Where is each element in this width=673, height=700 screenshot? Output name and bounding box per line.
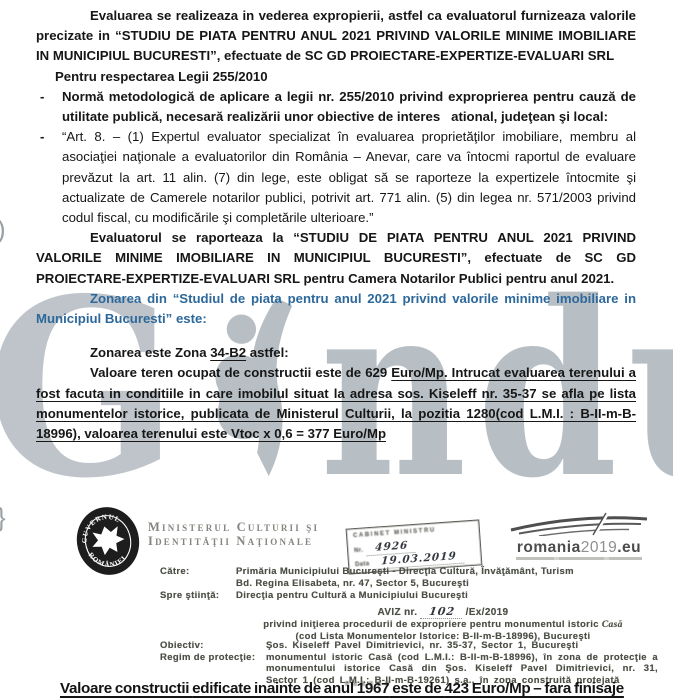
bullet2-text: “Art. 8. – (1) Expertul evaluator specia… bbox=[62, 129, 636, 225]
bottom-valoare-line: Valoare constructii edificate inainte de… bbox=[60, 683, 624, 695]
romania2019-text: romania2019.eu bbox=[506, 540, 652, 555]
government-seal-icon: GUVERNUL ROMÂNIEI bbox=[68, 499, 147, 582]
stamp-nr-label: Nr. bbox=[354, 545, 364, 557]
catre-label: Către: bbox=[160, 566, 236, 589]
bullet-dash-icon: - bbox=[40, 87, 44, 107]
bottom-text2: este de bbox=[389, 680, 444, 697]
catre-line1: Primăria Municipiului Bucureşti - Direcţ… bbox=[236, 566, 673, 578]
romania2019-logo: romania2019.eu bbox=[506, 512, 652, 560]
p2-camera-notarilor: Camera Notarilor Publici pentru anul 202… bbox=[348, 271, 610, 286]
aviz-number-handwritten: 102 bbox=[420, 606, 464, 619]
bullet-norma-metodologica: -Normă metodologică de aplicare a legii … bbox=[36, 87, 636, 127]
p1-company: SC GD PROIECTARE-EXPERTIZE-EVALUARI SRL bbox=[305, 48, 614, 63]
bottom-text1: Valoare constructii bbox=[60, 680, 192, 697]
line-zona-34b2: Zonarea este Zona 34-B2 astfel: bbox=[36, 343, 636, 363]
logo-tagline-strip bbox=[516, 557, 642, 560]
ministry-line2: Identităţii Naţionale bbox=[148, 534, 319, 548]
p2-text3: pentru bbox=[300, 271, 348, 286]
logo-year: 2019 bbox=[581, 539, 617, 556]
p3-text2: este: bbox=[172, 311, 206, 326]
paragraph-zonare-blue: Zonarea din “Studiul de piata pentru anu… bbox=[36, 289, 636, 329]
bullet-art8: -“Art. 8. – (1) Expertul evaluator speci… bbox=[36, 127, 636, 228]
aviz-title-line: AVIZ nr. 102 /Ex/2019 bbox=[228, 606, 658, 619]
p2-period: . bbox=[611, 271, 615, 286]
p1-text2: , efectuate de bbox=[217, 48, 305, 63]
spre-stiinta-label: Spre ştiinţă: bbox=[160, 590, 236, 602]
aviz-label: AVIZ nr. bbox=[378, 607, 418, 618]
aviz-header: AVIZ nr. 102 /Ex/2019 privind iniţierea … bbox=[228, 606, 658, 643]
obiectiv-label: Obiectiv: bbox=[160, 640, 266, 652]
bottom-value-423: 423 Euro/Mp – fara finisaje bbox=[444, 680, 624, 697]
aviz-subject-line: privind iniţierea procedurii de expropri… bbox=[228, 619, 658, 632]
p3-text: Zonarea din bbox=[90, 291, 173, 306]
ministry-name: Ministerul Culturii şi Identităţii Naţio… bbox=[148, 520, 319, 548]
paragraph-evaluator: Evaluatorul se raporteaza la “STUDIU DE … bbox=[36, 228, 636, 289]
bottom-edificate: edificate inainte de anul 1967 bbox=[192, 680, 389, 697]
p2-text: Evaluatorul se raporteaza la bbox=[90, 230, 293, 245]
paragraph-evaluation: Evaluarea se realizeaza in vederea expro… bbox=[36, 6, 636, 67]
p4-text2: astfel: bbox=[246, 345, 289, 360]
aviz-subject-casa: Casă bbox=[602, 620, 623, 630]
bullet-dash-icon: - bbox=[40, 127, 44, 147]
obiectiv-value: Şos. Kiseleff Pavel Dimitrievici, nr. 35… bbox=[266, 640, 658, 652]
aviz-subject-text: privind iniţierea procedurii de expropri… bbox=[263, 619, 602, 630]
ministry-letter-block: GUVERNUL ROMÂNIEI Ministerul Culturii şi… bbox=[0, 500, 673, 700]
spre-stiinta-value: Direcţia pentru Cultură a Municipiului B… bbox=[236, 590, 673, 602]
bullet1-text: Normă metodologică de aplicare a legii n… bbox=[62, 89, 636, 124]
scan-artifact-top: ) bbox=[0, 214, 6, 245]
p4-zone-code: 34-B2 bbox=[210, 345, 246, 360]
p4-text: Zonarea este Zona bbox=[90, 345, 210, 360]
p5-value-629: 629 bbox=[365, 365, 387, 380]
document-body: Evaluarea se realizeaza in vederea expro… bbox=[36, 6, 636, 444]
paragraph-law-heading: Pentru respectarea Legii 255/2010 bbox=[36, 67, 636, 87]
p5-text: Valoare teren ocupat de constructii este… bbox=[90, 365, 365, 380]
catre-line2: Bd. Regina Elisabeta, nr. 47, Sector 5, … bbox=[236, 578, 673, 590]
aviz-suffix: /Ex/2019 bbox=[466, 607, 509, 618]
ministry-line1: Ministerul Culturii şi bbox=[148, 520, 319, 534]
catre-value: Primăria Municipiului Bucureşti - Direcţ… bbox=[236, 566, 673, 589]
logo-main: romania bbox=[517, 539, 581, 556]
logo-domain: .eu bbox=[617, 539, 641, 556]
swoosh-icon bbox=[509, 512, 649, 536]
p2-text2: , efectuate de bbox=[467, 250, 584, 265]
paragraph-valoare-teren: Valoare teren ocupat de constructii este… bbox=[36, 363, 636, 444]
address-block: Către: Primăria Municipiului Bucureşti -… bbox=[160, 566, 673, 602]
